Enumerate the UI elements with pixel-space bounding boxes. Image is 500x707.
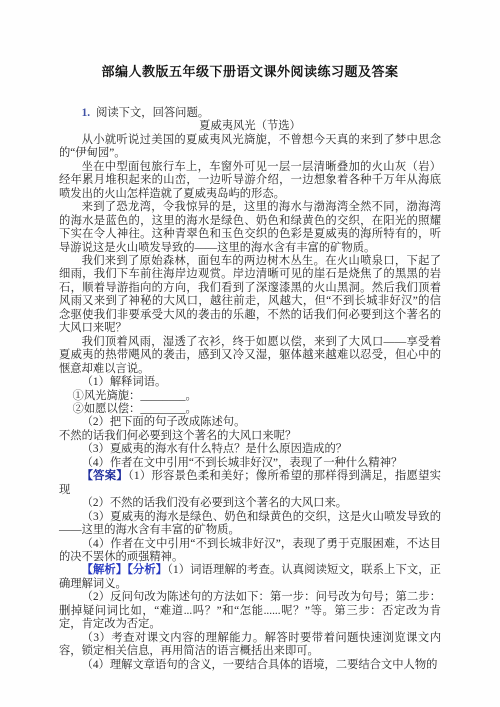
answer-line-1: 【答案】（1）形容景色柔和美好；像所希望的那样得到满足，指愿望实现	[59, 470, 441, 497]
answer-3: （3）夏威夷的海水是绿色、奶色和绿黄色的交织，这是火山喷发导致的——这里的海水含…	[59, 511, 441, 538]
analysis-2: （2）反问句改为陈述句的方法如下：第一步：问号改为句号；第二步：删掉疑问词比如，…	[59, 591, 441, 631]
exercise-instruction: 阅读下文，回答问题。	[96, 107, 209, 119]
question-4: （4）作者在文中引用“不到长城非好汉”，表现了一种什么精神？	[59, 457, 441, 470]
exercise-heading: 1.阅读下文，回答问题。	[59, 107, 441, 120]
analysis-line-1: 【解析】【分析】（1）词语理解的考查。认真阅读短文，联系上下文，正确理解词义。	[59, 564, 441, 591]
analysis-label: 【解析】	[82, 564, 128, 576]
passage-paragraph-5: 我们顶着风雨，湿透了衣衫，终于如愿以偿，来到了大风口——享受着夏威夷的热带飓风的…	[59, 336, 441, 376]
document-page: 部编人教版五年级下册语文课外阅读练习题及答案 1.阅读下文，回答问题。 夏威夷风…	[0, 0, 500, 707]
document-body: 1.阅读下文，回答问题。 夏威夷风光（节选） 从小就听说过美国的夏威夷风光旖旎，…	[59, 107, 441, 672]
analysis-4: （4）理解文章语句的含义，一要结合具体的语境，二要结合文中人物的	[59, 659, 441, 672]
passage-paragraph-2: 坐在中型面包旅行车上，车窗外可见一层一层清晰叠加的火山灰（岩）经年累月堆积起来的…	[59, 161, 441, 201]
answer-2: （2）不然的话我们没有必要到这个著名的大风口来。	[59, 497, 441, 510]
question-1: （1）解释词语。	[59, 376, 441, 389]
question-1-blank-2: ②如愿以偿：________。	[59, 403, 441, 416]
answer-4: （4）作者在文中引用“不到长城非好汉”，表现了勇于克服困难，不达目的决不罢休的顽…	[59, 538, 441, 565]
passage-title: 夏威夷风光（节选）	[59, 120, 441, 133]
passage-paragraph-1: 从小就听说过美国的夏威夷风光旖旎，不曾想今天真的来到了梦中思念的“伊甸园”。	[59, 134, 441, 161]
breakdown-label: 【分析】	[127, 564, 167, 576]
document-title: 部编人教版五年级下册语文课外阅读练习题及答案	[0, 0, 500, 80]
exercise-number: 1.	[82, 107, 90, 119]
question-2: （2）把下面的句子改成陈述句。	[59, 416, 441, 429]
question-2-sentence: 不然的话我们何必要到这个著名的大风口来呢？	[59, 430, 441, 443]
passage-paragraph-3: 来到了恐龙湾，令我惊异的是，这里的海水与渤海湾全然不同，渤海湾的海水是蓝色的，这…	[59, 201, 441, 255]
question-1-blank-1: ①风光旖旎：________。	[59, 390, 441, 403]
question-3: （3）夏威夷的海水有什么特点？是什么原因造成的？	[59, 443, 441, 456]
answer-label: 【答案】	[82, 470, 128, 482]
analysis-3: （3）考查对课文内容的理解能力。解答时要带着问题快速浏览课文内容，锁定相关信息，…	[59, 632, 441, 659]
passage-paragraph-4: 我们来到了原始森林，面包车的两边树木丛生。在火山喷泉口，下起了细雨，我们下车前往…	[59, 255, 441, 336]
